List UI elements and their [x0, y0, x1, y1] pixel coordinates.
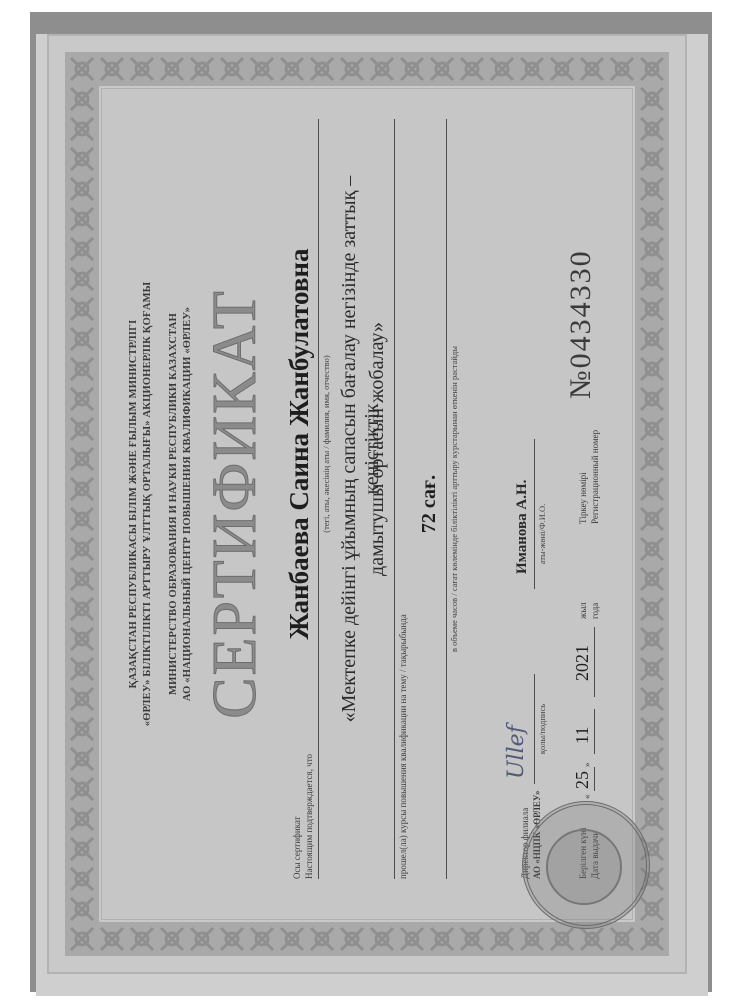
issue-year: 2021: [572, 645, 593, 681]
year-suffix-ru: года: [590, 603, 600, 619]
number-sign: №: [564, 368, 597, 399]
course-topic-line-2: дамытушы ортасын жобалау»: [366, 129, 389, 769]
signature-line: [534, 674, 535, 784]
official-stamp: [522, 801, 650, 929]
course-hours-caption: в объеме часов / сағат көлемінде білікті…: [449, 119, 459, 879]
registration-number: №0434330: [564, 249, 598, 399]
signatory-name: Иманова А.Н.: [514, 480, 531, 574]
header-line-1: ҚАЗАҚСТАН РЕСПУБЛИКАСЫ БІЛІМ ЖӘНЕ ҒЫЛЫМ …: [128, 89, 139, 919]
header-line-2: «ӨРЛЕУ» БІЛІКТІЛІКТІ АРТТЫРУ ҰЛТТЫҚ ОРТА…: [142, 89, 153, 919]
recipient-name: Жанбаева Саина Жанбулатовна: [284, 129, 315, 759]
signature: Ullef: [504, 725, 529, 779]
day-underline: [594, 767, 595, 791]
year-suffix-kz: жыл: [578, 602, 588, 619]
stamp-emblem: [546, 829, 622, 905]
certificate-title: СЕРТИФИКАТ: [200, 89, 271, 919]
certificate: ҚАЗАҚСТАН РЕСПУБЛИКАСЫ БІЛІМ ЖӘНЕ ҒЫЛЫМ …: [47, 34, 687, 974]
recipient-label-kz: Осы сертификат: [292, 816, 302, 879]
registration-label-ru: Регистрационный номер: [590, 430, 600, 524]
signatory-name-line: [534, 439, 535, 589]
course-topic-caption: прошел(ла) курсы повышения квалификации …: [398, 614, 408, 879]
signatory-name-caption: аты-жөні/Ф.И.О.: [537, 479, 547, 589]
name-underline: [318, 119, 319, 879]
course-hours: 72 сағ.: [418, 129, 441, 879]
registration-number-value: 0434330: [564, 249, 597, 368]
month-underline: [594, 709, 595, 754]
issue-month: 11: [572, 727, 593, 744]
hours-underline: [446, 119, 447, 879]
topic-underline: [394, 119, 395, 879]
header-line-4: АО «НАЦИОНАЛЬНЫЙ ЦЕНТР ПОВЫШЕНИЯ КВАЛИФИ…: [182, 89, 193, 919]
registration-label-kz: Тіркеу нөмірі: [578, 472, 588, 524]
recipient-label-ru: Настоящим подтверждается, что: [304, 754, 314, 879]
issue-day: 25: [572, 771, 593, 789]
certificate-body: ҚАЗАҚСТАН РЕСПУБЛИКАСЫ БІЛІМ ЖӘНЕ ҒЫЛЫМ …: [101, 88, 633, 920]
year-underline: [594, 627, 595, 697]
name-caption: (тегі, аты, әкесінің аты / фамилия, имя,…: [321, 129, 331, 759]
signature-caption: қолы/подпись: [537, 674, 547, 784]
header-line-3: МИНИСТЕРСТВО ОБРАЗОВАНИЯ И НАУКИ РЕСПУБЛ…: [168, 89, 179, 919]
